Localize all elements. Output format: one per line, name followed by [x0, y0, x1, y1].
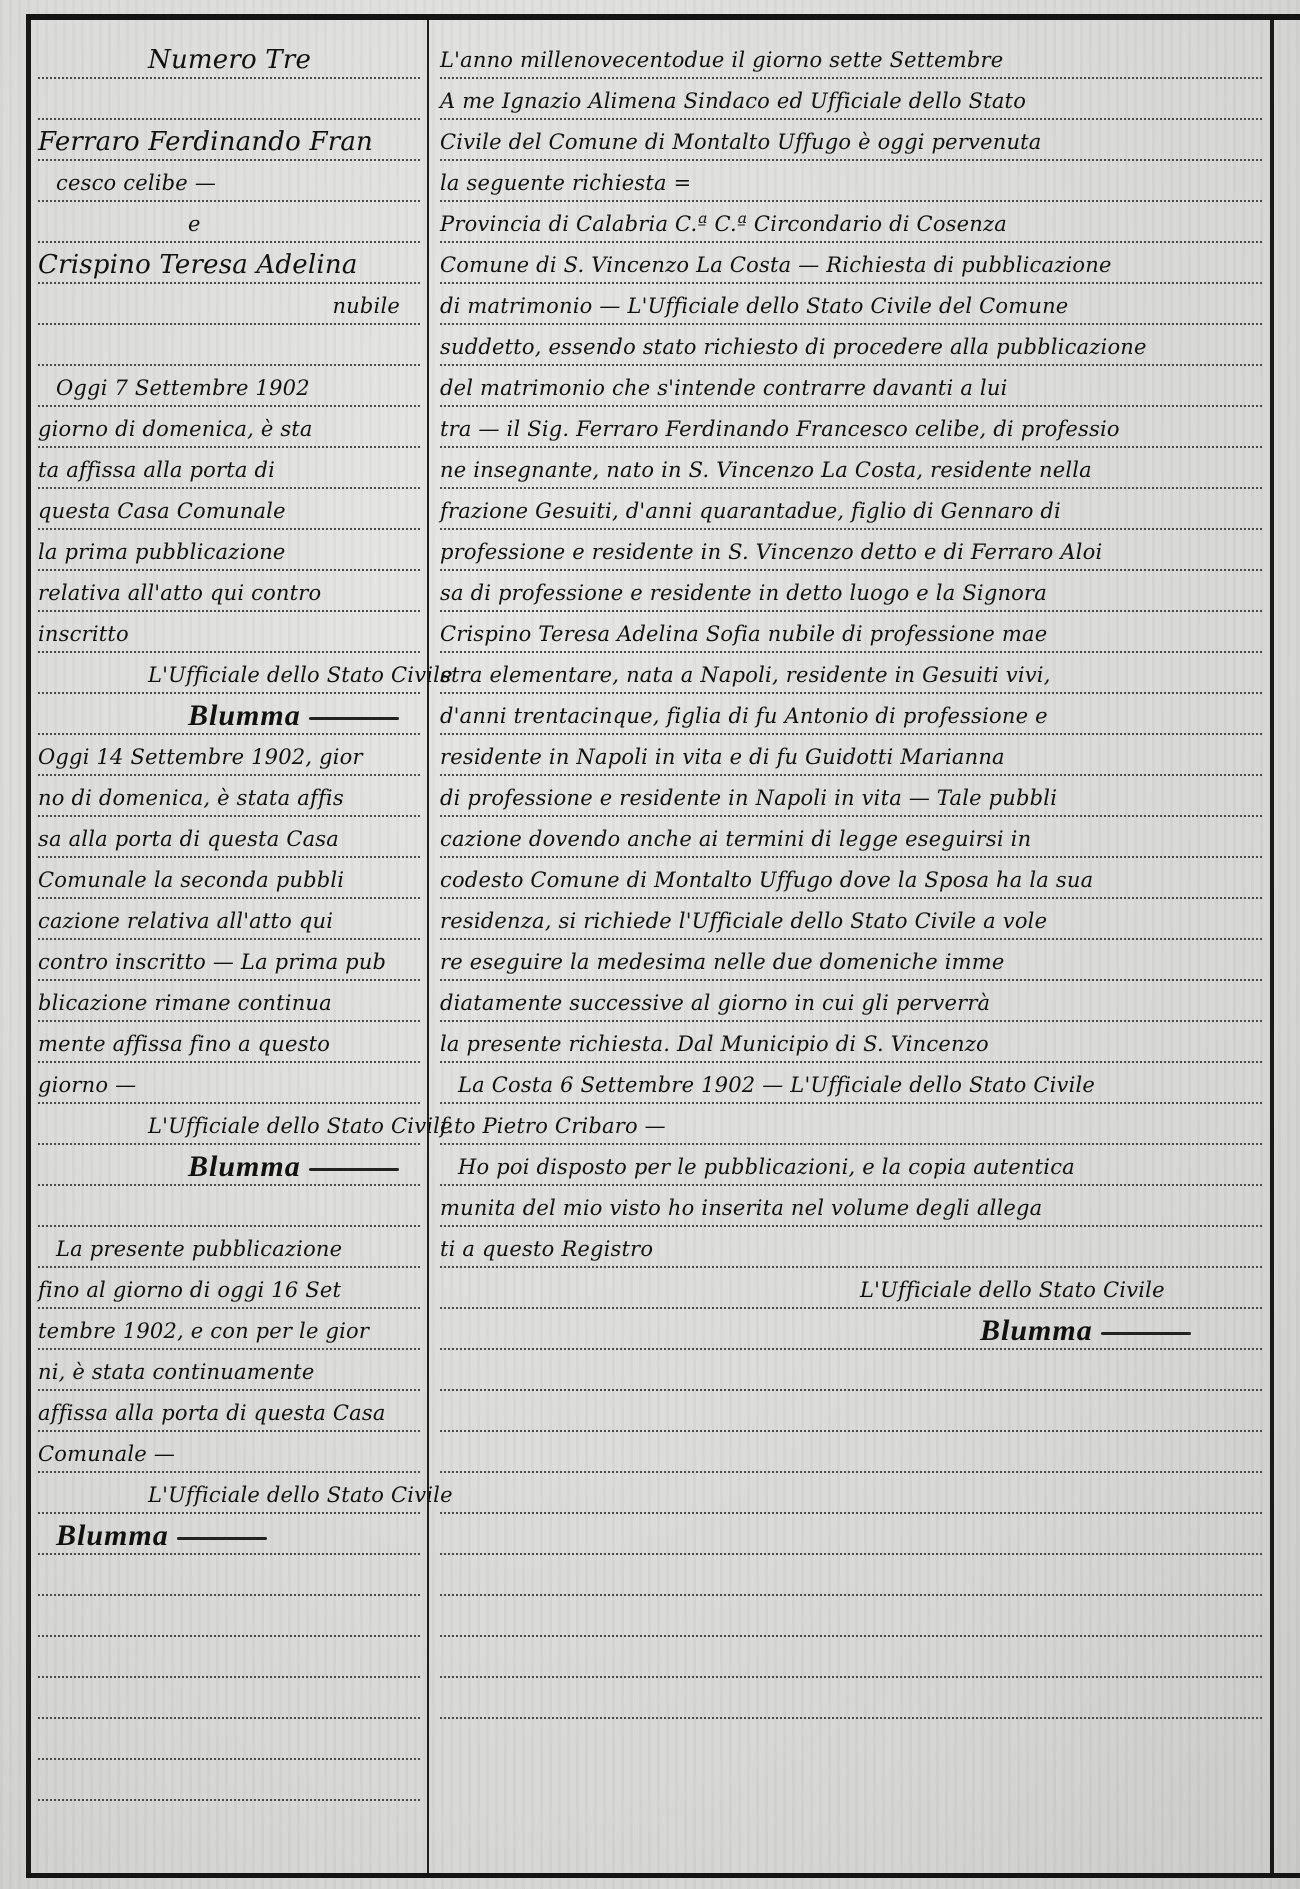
second-publication-note: Oggi 14 Settembre 1902, gior no di domen…	[38, 735, 420, 1186]
ruled-line-blank	[440, 1637, 1262, 1678]
ruled-line-blank	[38, 79, 420, 120]
act-line: Crispino Teresa Adelina Sofia nubile di …	[440, 612, 1262, 653]
act-line: di professione e residente in Napoli in …	[440, 776, 1262, 817]
officer-title: L'Ufficiale dello Stato Civile	[440, 1268, 1262, 1309]
record-number: Numero Tre	[38, 38, 420, 79]
note-line: inscritto	[38, 612, 420, 653]
ruled-line-blank	[440, 1473, 1262, 1514]
act-line: diatamente successive al giorno in cui g…	[440, 981, 1262, 1022]
conjunction: e	[38, 202, 420, 243]
ruled-line-blank	[38, 325, 420, 366]
groom-name-cont: cesco celibe —	[38, 161, 420, 202]
act-line: Ho poi disposto per le pubblicazioni, e …	[440, 1145, 1262, 1186]
act-line: di matrimonio — L'Ufficiale dello Stato …	[440, 284, 1262, 325]
ruled-line-blank	[440, 1555, 1262, 1596]
note-line: La presente pubblicazione	[38, 1227, 420, 1268]
ruled-line-blank	[440, 1678, 1262, 1719]
act-line: professione e residente in S. Vincenzo d…	[440, 530, 1262, 571]
note-line: no di domenica, è stata affis	[38, 776, 420, 817]
note-line: affissa alla porta di questa Casa	[38, 1391, 420, 1432]
main-act-column: L'anno millenovecentodue il giorno sette…	[440, 38, 1262, 1719]
note-line: ta affissa alla porta di	[38, 448, 420, 489]
note-line: la prima pubblicazione	[38, 530, 420, 571]
note-line: Comunale —	[38, 1432, 420, 1473]
act-line: ti a questo Registro	[440, 1227, 1262, 1268]
note-line: sa alla porta di questa Casa	[38, 817, 420, 858]
officer-title: L'Ufficiale dello Stato Civile	[38, 1473, 420, 1514]
note-line: Oggi 7 Settembre 1902	[38, 366, 420, 407]
act-line: la presente richiesta. Dal Municipio di …	[440, 1022, 1262, 1063]
note-line: Oggi 14 Settembre 1902, gior	[38, 735, 420, 776]
officer-signature: Blumma	[38, 1514, 420, 1555]
ruled-line-blank	[440, 1350, 1262, 1391]
note-line: tembre 1902, e con per le gior	[38, 1309, 420, 1350]
officer-signature: Blumma	[38, 1145, 420, 1186]
note-line: ni, è stata continuamente	[38, 1350, 420, 1391]
ruled-line-blank	[38, 1760, 420, 1801]
act-line: sa di professione e residente in detto l…	[440, 571, 1262, 612]
act-line: d'anni trentacinque, figlia di fu Antoni…	[440, 694, 1262, 735]
note-line: cazione relativa all'atto qui	[38, 899, 420, 940]
act-line: Provincia di Calabria C.ª C.ª Circondari…	[440, 202, 1262, 243]
ruled-line-blank	[38, 1596, 420, 1637]
officer-title: L'Ufficiale dello Stato Civile	[38, 653, 420, 694]
act-line: Comune di S. Vincenzo La Costa — Richies…	[440, 243, 1262, 284]
ruled-line-blank	[440, 1514, 1262, 1555]
bottom-border-rule	[26, 1873, 1300, 1878]
act-line: tra — il Sig. Ferraro Ferdinando Frances…	[440, 407, 1262, 448]
final-attestation-note: La presente pubblicazione fino al giorno…	[38, 1227, 420, 1555]
act-line: La Costa 6 Settembre 1902 — L'Ufficiale …	[440, 1063, 1262, 1104]
note-line: Comunale la seconda pubbli	[38, 858, 420, 899]
act-line: re eseguire la medesima nelle due domeni…	[440, 940, 1262, 981]
ruled-line-blank	[38, 1678, 420, 1719]
first-publication-note: Oggi 7 Settembre 1902 giorno di domenica…	[38, 366, 420, 735]
note-line: fino al giorno di oggi 16 Set	[38, 1268, 420, 1309]
act-line: del matrimonio che s'intende contrarre d…	[440, 366, 1262, 407]
act-line: L'anno millenovecentodue il giorno sette…	[440, 38, 1262, 79]
officer-signature: Blumma	[38, 694, 420, 735]
note-line: mente affissa fino a questo	[38, 1022, 420, 1063]
act-line: residenza, si richiede l'Ufficiale dello…	[440, 899, 1262, 940]
note-line: contro inscritto — La prima pub	[38, 940, 420, 981]
ruled-line-blank	[38, 1637, 420, 1678]
note-line: giorno —	[38, 1063, 420, 1104]
act-line: frazione Gesuiti, d'anni quarantadue, fi…	[440, 489, 1262, 530]
note-line: blicazione rimane continua	[38, 981, 420, 1022]
note-line: giorno di domenica, è sta	[38, 407, 420, 448]
officer-title: L'Ufficiale dello Stato Civile	[38, 1104, 420, 1145]
left-margin-column: Numero Tre Ferraro Ferdinando Fran cesco…	[38, 38, 420, 1801]
bride-name: Crispino Teresa Adelina	[38, 243, 420, 284]
officer-signature: Blumma	[440, 1309, 1262, 1350]
act-line: ne insegnante, nato in S. Vincenzo La Co…	[440, 448, 1262, 489]
ruled-line-blank	[440, 1596, 1262, 1637]
act-line: la seguente richiesta =	[440, 161, 1262, 202]
groom-name: Ferraro Ferdinando Fran	[38, 120, 420, 161]
act-line: Civile del Comune di Montalto Uffugo è o…	[440, 120, 1262, 161]
note-line: relativa all'atto qui contro	[38, 571, 420, 612]
bride-status: nubile	[38, 284, 420, 325]
note-line: questa Casa Comunale	[38, 489, 420, 530]
act-line: suddetto, essendo stato richiesto di pro…	[440, 325, 1262, 366]
act-line: f.to Pietro Cribaro —	[440, 1104, 1262, 1145]
act-line: codesto Comune di Montalto Uffugo dove l…	[440, 858, 1262, 899]
ruled-line-blank	[38, 1186, 420, 1227]
ruled-line-blank	[38, 1555, 420, 1596]
act-line: residente in Napoli in vita e di fu Guid…	[440, 735, 1262, 776]
column-divider	[427, 20, 429, 1875]
ruled-line-blank	[440, 1432, 1262, 1473]
act-line: munita del mio visto ho inserita nel vol…	[440, 1186, 1262, 1227]
act-line: cazione dovendo anche ai termini di legg…	[440, 817, 1262, 858]
act-line: A me Ignazio Alimena Sindaco ed Ufficial…	[440, 79, 1262, 120]
ruled-line-blank	[440, 1391, 1262, 1432]
act-line: stra elementare, nata a Napoli, resident…	[440, 653, 1262, 694]
ruled-line-blank	[38, 1719, 420, 1760]
